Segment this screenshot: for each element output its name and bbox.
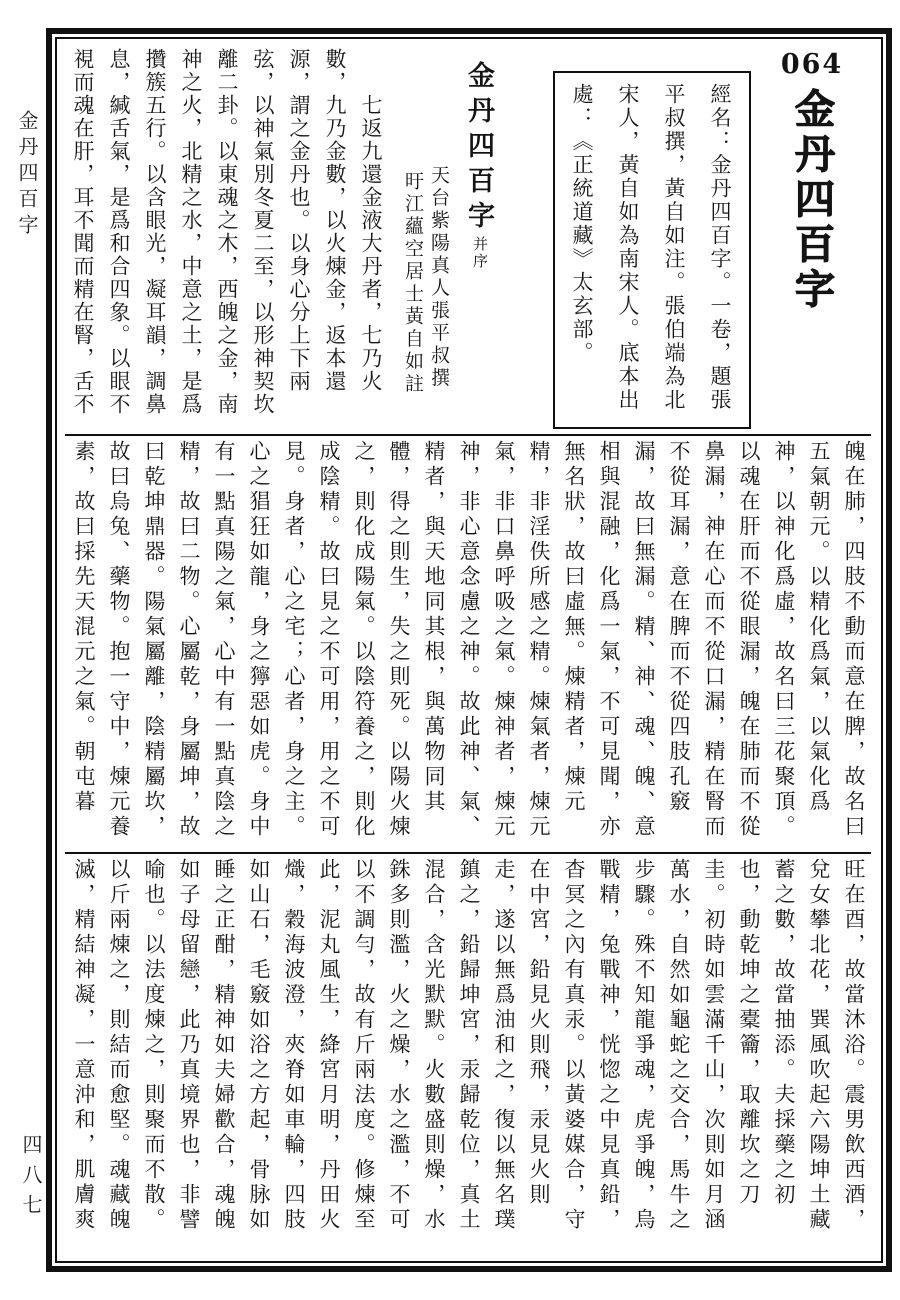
colophon-text: 經名：金丹四百字。一卷，題張平叔撰，黃自如注。張伯端為北宋人，黃自如為南宋人。底… bbox=[559, 83, 743, 417]
page-frame-inner: 064 金丹四百字 經名：金丹四百字。一卷，題張平叔撰，黃自如注。張伯端為北宋人… bbox=[55, 37, 883, 1263]
register-top: 064 金丹四百字 經名：金丹四百字。一卷，題張平叔撰，黃自如注。張伯端為北宋人… bbox=[65, 45, 871, 433]
colophon-box: 經名：金丹四百字。一卷，題張平叔撰，黃自如注。張伯端為北宋人，黃自如為南宋人。底… bbox=[553, 71, 751, 429]
colophon-area: 經名：金丹四百字。一卷，題張平叔撰，黃自如注。張伯端為北宋人，黃自如為南宋人。底… bbox=[507, 45, 753, 433]
preface-title-text: 金丹四百字 bbox=[464, 61, 494, 236]
preface-subtitle: 并序 bbox=[471, 236, 487, 270]
main-title: 金丹四百字 bbox=[784, 88, 841, 313]
masthead: 064 金丹四百字 bbox=[753, 45, 871, 433]
register-separator-2 bbox=[65, 852, 871, 854]
running-title: 金丹四百字 bbox=[12, 110, 41, 240]
author-line: 天台紫陽真人張平叔撰 bbox=[425, 45, 451, 433]
page-number: 064 bbox=[781, 51, 843, 78]
body-text-register-2: 魄在肺，四肢不動而意在脾，故名曰五氣朝元。以精化爲氣，以氣化爲神，以神化爲虛，故… bbox=[65, 437, 871, 851]
annotator-line: 旴江蘊空居士黃自如註 bbox=[399, 45, 425, 433]
register-middle: 魄在肺，四肢不動而意在脾，故名曰五氣朝元。以精化爲氣，以氣化爲神，以神化爲虛，故… bbox=[65, 437, 871, 851]
register-separator-1 bbox=[65, 434, 871, 436]
folio-number: 四八七 bbox=[16, 1134, 45, 1224]
scanned-book-page: 金丹四百字 四八七 064 金丹四百字 經名：金丹四百字。一卷，題張平叔撰，黃自… bbox=[0, 0, 900, 1300]
body-text-register-1: 七返九還金液大丹者，七乃火數，九乃金數，以火煉金，返本還源，謂之金丹也。以身心分… bbox=[65, 45, 389, 433]
page-frame: 064 金丹四百字 經名：金丹四百字。一卷，題張平叔撰，黃自如注。張伯端為北宋人… bbox=[46, 28, 892, 1272]
preface-heading: 金丹四百字并序 天台紫陽真人張平叔撰 旴江蘊空居士黃自如註 bbox=[389, 45, 507, 433]
body-text-register-3: 旺在酉，故當沐浴。震男飲西酒，兌女攀北花，巽風吹起六陽坤土藏蓄之數，故當抽添。夫… bbox=[65, 855, 871, 1255]
preface-title: 金丹四百字并序 bbox=[451, 45, 507, 433]
register-bottom: 旺在酉，故當沐浴。震男飲西酒，兌女攀北花，巽風吹起六陽坤土藏蓄之數，故當抽添。夫… bbox=[65, 855, 871, 1255]
